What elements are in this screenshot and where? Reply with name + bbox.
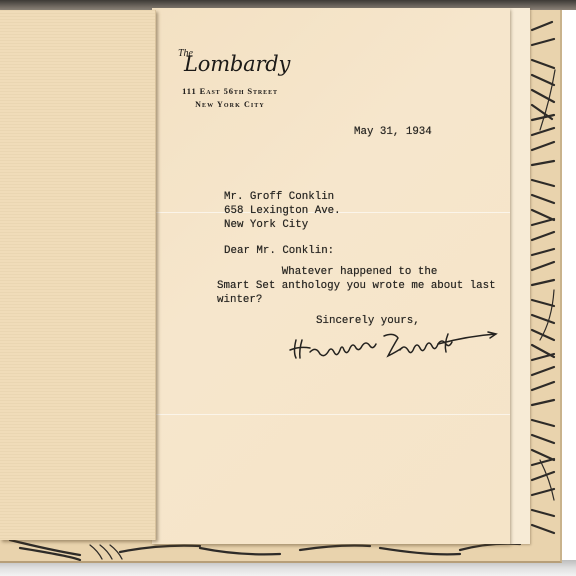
body-line-1: Whatever happened to the bbox=[217, 265, 437, 280]
body-line-3: winter? bbox=[217, 293, 262, 308]
letterhead-address: 111 East 56th Street bbox=[160, 86, 300, 96]
recipient-street: 658 Lexington Ave. bbox=[224, 204, 341, 219]
fold-line bbox=[152, 414, 510, 415]
letterhead-city: New York City bbox=[160, 100, 300, 109]
paper-edge bbox=[510, 8, 530, 544]
letter-date: May 31, 1934 bbox=[354, 125, 432, 140]
folder-flap bbox=[0, 10, 156, 540]
scanned-letter-scene: The Lombardy 111 East 56th Street New Yo… bbox=[0, 0, 576, 576]
salutation: Dear Mr. Conklin: bbox=[224, 244, 334, 259]
signature-icon bbox=[288, 326, 498, 364]
recipient-city: New York City bbox=[224, 218, 308, 233]
body-line-2: Smart Set anthology you wrote me about l… bbox=[217, 279, 496, 294]
letterhead-name: Lombardy bbox=[184, 52, 290, 76]
recipient-name: Mr. Groff Conklin bbox=[224, 190, 334, 205]
